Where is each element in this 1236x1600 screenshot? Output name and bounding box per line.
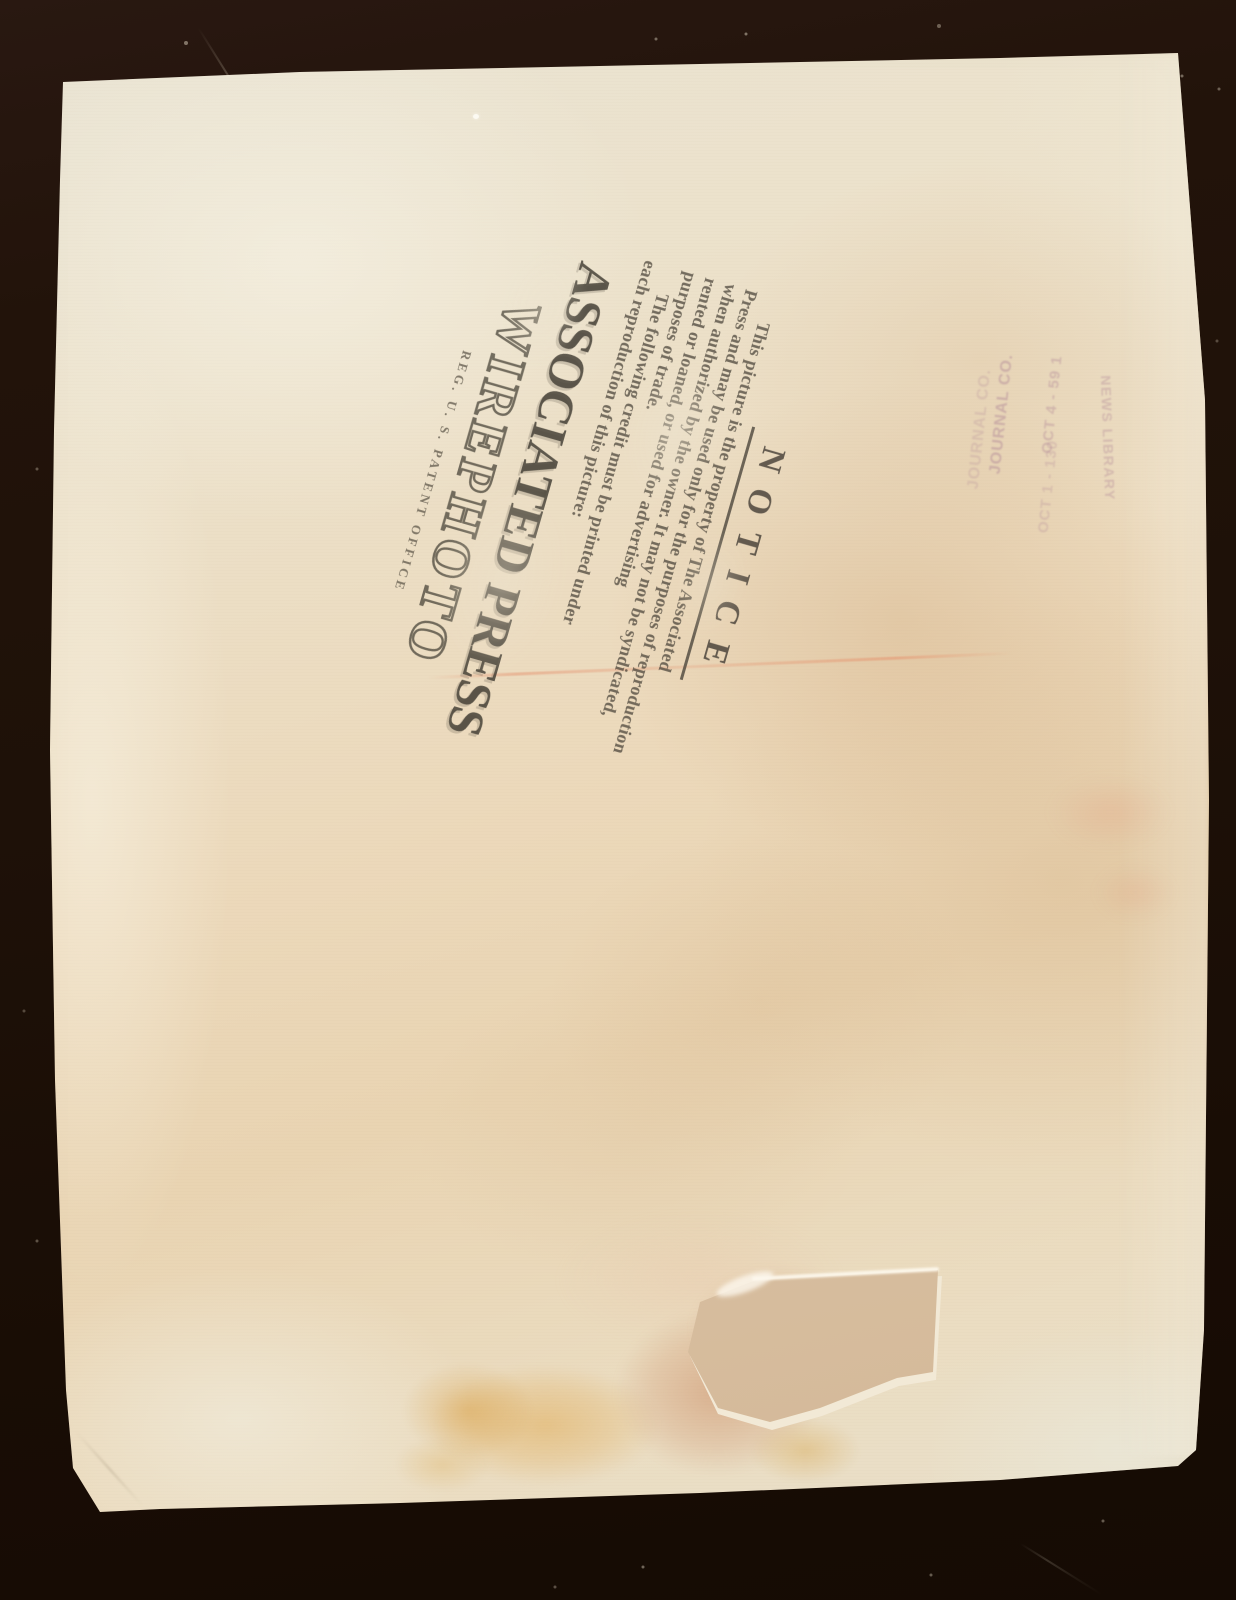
paper-speck: [473, 114, 479, 119]
paper-right-edge-highlight: [1120, 56, 1208, 1456]
photo-paper-back: JOURNAL CO. JOURNAL CO. OCT 4 - 59 1 OCT…: [0, 0, 1236, 1600]
paper-age-mottling: [0, 0, 1236, 1600]
frame-scratch: [1020, 1543, 1102, 1595]
red-smudge: [1095, 865, 1175, 920]
dust-specks: [0, 0, 2, 2]
stain-yellow-drip: [395, 1437, 490, 1492]
red-smudge: [1050, 777, 1170, 847]
